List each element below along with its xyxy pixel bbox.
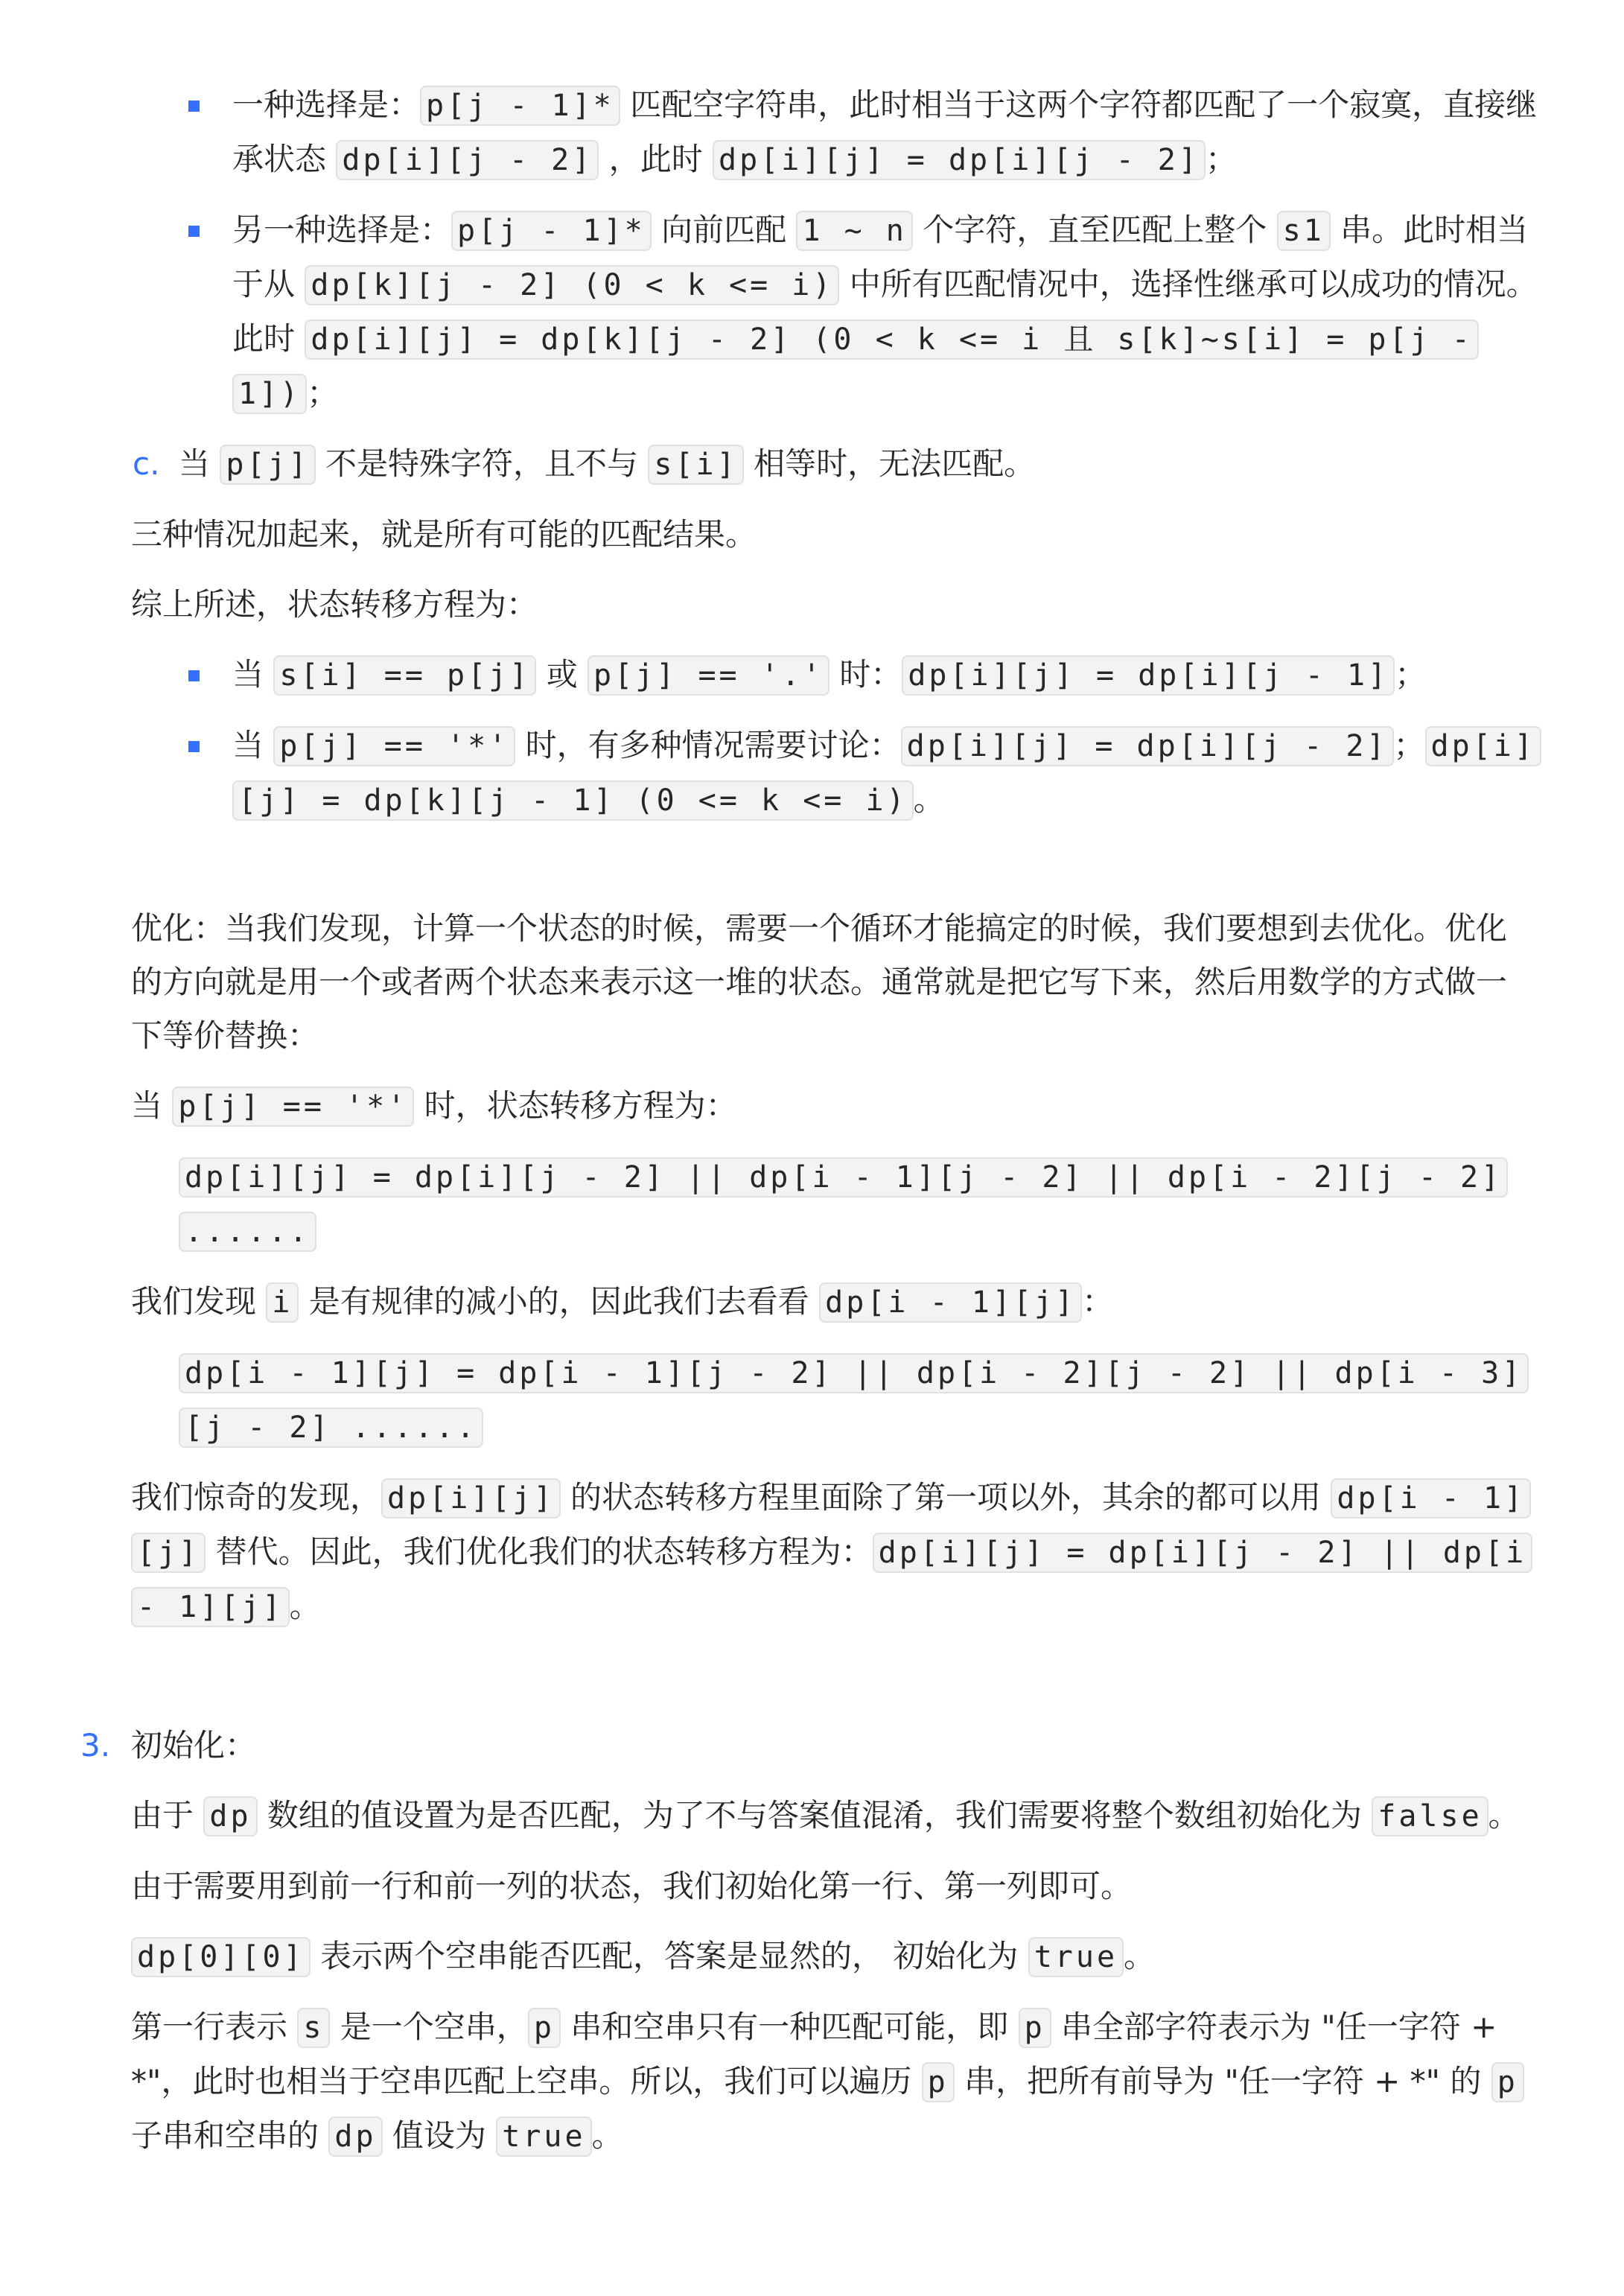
text: 不是特殊字符，且不与: [316, 445, 649, 482]
section-heading-init: 3. 初始化：: [0, 1719, 1624, 1772]
inline-code: p: [922, 2062, 955, 2102]
text: 由于: [131, 1797, 203, 1834]
init-paragraph-rows: 由于需要用到前一行和前一列的状态，我们初始化第一行、第一列即可。: [0, 1860, 1624, 1913]
inline-code: dp: [203, 1796, 257, 1837]
text: 时：: [829, 656, 902, 693]
init-paragraph-dp00: dp[0][0] 表示两个空串能否匹配，答案是显然的， 初始化为 true。: [0, 1930, 1624, 1984]
list-item-star: 当 p[j] == '*' 时，有多种情况需要讨论：dp[i][j] = dp[…: [0, 719, 1624, 827]
square-bullet-icon: [188, 226, 200, 237]
list-item-case-c: c. 当 p[j] 不是特殊字符，且不与 s[i] 相等时，无法匹配。: [0, 437, 1624, 492]
inline-code: dp[i][j] = dp[i][j - 1]: [902, 655, 1395, 696]
inline-code: s: [297, 2008, 330, 2048]
text: 当: [179, 445, 220, 482]
text: ；: [307, 375, 338, 411]
text: 当: [232, 656, 273, 693]
inline-code: dp[0][0]: [131, 1937, 311, 1977]
text: ；: [1395, 656, 1426, 693]
formula-code: dp[i][j] = dp[i][j - 2] || dp[i - 1][j -…: [179, 1157, 1508, 1252]
formula-block: dp[i - 1][j] = dp[i - 1][j - 2] || dp[i …: [0, 1346, 1624, 1454]
inline-code: true: [1028, 1937, 1124, 1977]
inline-code: s1: [1277, 211, 1331, 251]
document-body: 一种选择是：p[j - 1]* 匹配空字符串，此时相当于这两个字符都匹配了一个寂…: [0, 0, 1624, 2163]
inline-code: p: [528, 2008, 561, 2048]
inline-code: p[j] == '.': [587, 655, 829, 696]
text: 串，把所有前导为 "任一字符 + *" 的: [955, 2063, 1491, 2099]
text: 一种选择是：: [232, 86, 420, 123]
inline-code: dp[i - 1][j]: [819, 1282, 1082, 1323]
text: 子串和空串的: [131, 2117, 328, 2154]
list-item-equal-or-dot: 当 s[i] == p[j] 或 p[j] == '.' 时：dp[i][j] …: [0, 648, 1624, 702]
summary-paragraph: 三种情况加起来，就是所有可能的匹配结果。: [0, 508, 1624, 562]
text: 的状态转移方程里面除了第一项以外，其余的都可以用: [561, 1479, 1331, 1516]
list-marker: c.: [133, 437, 159, 491]
inline-code: dp[i][j] = dp[i][j - 2]: [713, 140, 1206, 180]
text: 时，状态转移方程为：: [414, 1087, 736, 1124]
text: 是一个空串，: [330, 2009, 527, 2045]
text: 。: [290, 1588, 321, 1624]
square-bullet-icon: [188, 670, 200, 681]
final-equation-paragraph: 我们惊奇的发现，dp[i][j] 的状态转移方程里面除了第一项以外，其余的都可以…: [0, 1471, 1624, 1634]
inline-code: dp: [328, 2117, 382, 2157]
inline-code: p: [1019, 2008, 1051, 2048]
text: 值设为: [383, 2117, 497, 2154]
text: ；: [1206, 141, 1237, 177]
formula-block: dp[i][j] = dp[i][j - 2] || dp[i - 1][j -…: [0, 1150, 1624, 1259]
text: 或: [536, 656, 587, 693]
text: 时，有多种情况需要讨论：: [515, 727, 900, 763]
text: 第一行表示: [131, 2009, 297, 2045]
text: 替代。因此，我们优化我们的状态转移方程为：: [206, 1533, 872, 1570]
conclusion-intro: 综上所述，状态转移方程为：: [0, 578, 1624, 632]
inline-code: dp[i][j] = dp[i][j - 2]: [901, 726, 1394, 766]
inline-code: true: [496, 2117, 591, 2157]
spacer: [0, 1650, 1624, 1719]
inline-code: p: [1491, 2062, 1524, 2102]
list-marker: 3.: [80, 1719, 110, 1772]
inline-code: p[j] == '*': [273, 726, 515, 766]
init-paragraph-false: 由于 dp 数组的值设置为是否匹配，为了不与答案值混淆，我们需要将整个数组初始化…: [0, 1789, 1624, 1843]
text: 串和空串只有一种匹配可能，即: [561, 2009, 1019, 2045]
inline-code: false: [1372, 1796, 1488, 1837]
text: ；: [1394, 727, 1425, 763]
inline-code: p[j - 1]*: [420, 86, 620, 126]
list-item-option-forward-match: 另一种选择是：p[j - 1]* 向前匹配 1 ~ n 个字符，直至匹配上整个 …: [0, 203, 1624, 421]
text: 相等时，无法匹配。: [744, 445, 1035, 482]
text: 。: [1124, 1938, 1155, 1974]
text: 。: [914, 781, 945, 818]
inline-code: p[j - 1]*: [451, 211, 652, 251]
text: 当: [131, 1087, 172, 1124]
inline-code: s[i]: [648, 445, 743, 485]
text: 另一种选择是：: [232, 212, 451, 248]
square-bullet-icon: [188, 101, 200, 112]
text: 当: [232, 727, 273, 763]
inline-code: dp[i][j - 2]: [336, 140, 599, 180]
inline-code: p[j]: [220, 445, 315, 485]
inline-code: i: [266, 1282, 299, 1323]
text: 。: [1488, 1797, 1520, 1834]
text: 向前匹配: [652, 212, 797, 248]
inline-code: s[i] == p[j]: [273, 655, 536, 696]
text: ，此时: [599, 141, 713, 177]
text: 我们发现: [131, 1283, 266, 1320]
inline-code: dp[k][j - 2] (0 < k <= i): [305, 265, 839, 305]
text: 个字符，直至匹配上整个: [913, 212, 1277, 248]
text: 我们惊奇的发现，: [131, 1479, 381, 1516]
inline-code: dp[i][j]: [381, 1478, 561, 1519]
text: 表示两个空串能否匹配，答案是显然的， 初始化为: [311, 1938, 1028, 1974]
inline-code: dp[i][j] = dp[k][j - 2] (0 < k <= i 且 s[…: [232, 319, 1479, 414]
square-bullet-icon: [188, 741, 200, 752]
text: 是有规律的减小的，因此我们去看看: [299, 1283, 819, 1320]
list-item-option-empty-match: 一种选择是：p[j - 1]* 匹配空字符串，此时相当于这两个字符都匹配了一个寂…: [0, 78, 1624, 187]
observe-line: 我们发现 i 是有规律的减小的，因此我们去看看 dp[i - 1][j]：: [0, 1275, 1624, 1329]
spacer: [0, 844, 1624, 902]
text: 数组的值设置为是否匹配，为了不与答案值混淆，我们需要将整个数组初始化为: [258, 1797, 1372, 1834]
inline-code: p[j] == '*': [172, 1087, 414, 1127]
inline-code: 1 ~ n: [796, 211, 912, 251]
text: ：: [1082, 1283, 1113, 1320]
formula-code: dp[i - 1][j] = dp[i - 1][j - 2] || dp[i …: [179, 1353, 1529, 1448]
section-title: 初始化：: [131, 1727, 256, 1764]
text: 。: [592, 2117, 623, 2154]
optimization-paragraph: 优化：当我们发现，计算一个状态的时候，需要一个循环才能搞定的时候，我们要想到去优…: [0, 902, 1624, 1063]
star-equation-line: 当 p[j] == '*' 时，状态转移方程为：: [0, 1079, 1624, 1133]
init-paragraph-first-row: 第一行表示 s 是一个空串，p 串和空串只有一种匹配可能，即 p 串全部字符表示…: [0, 2000, 1624, 2163]
